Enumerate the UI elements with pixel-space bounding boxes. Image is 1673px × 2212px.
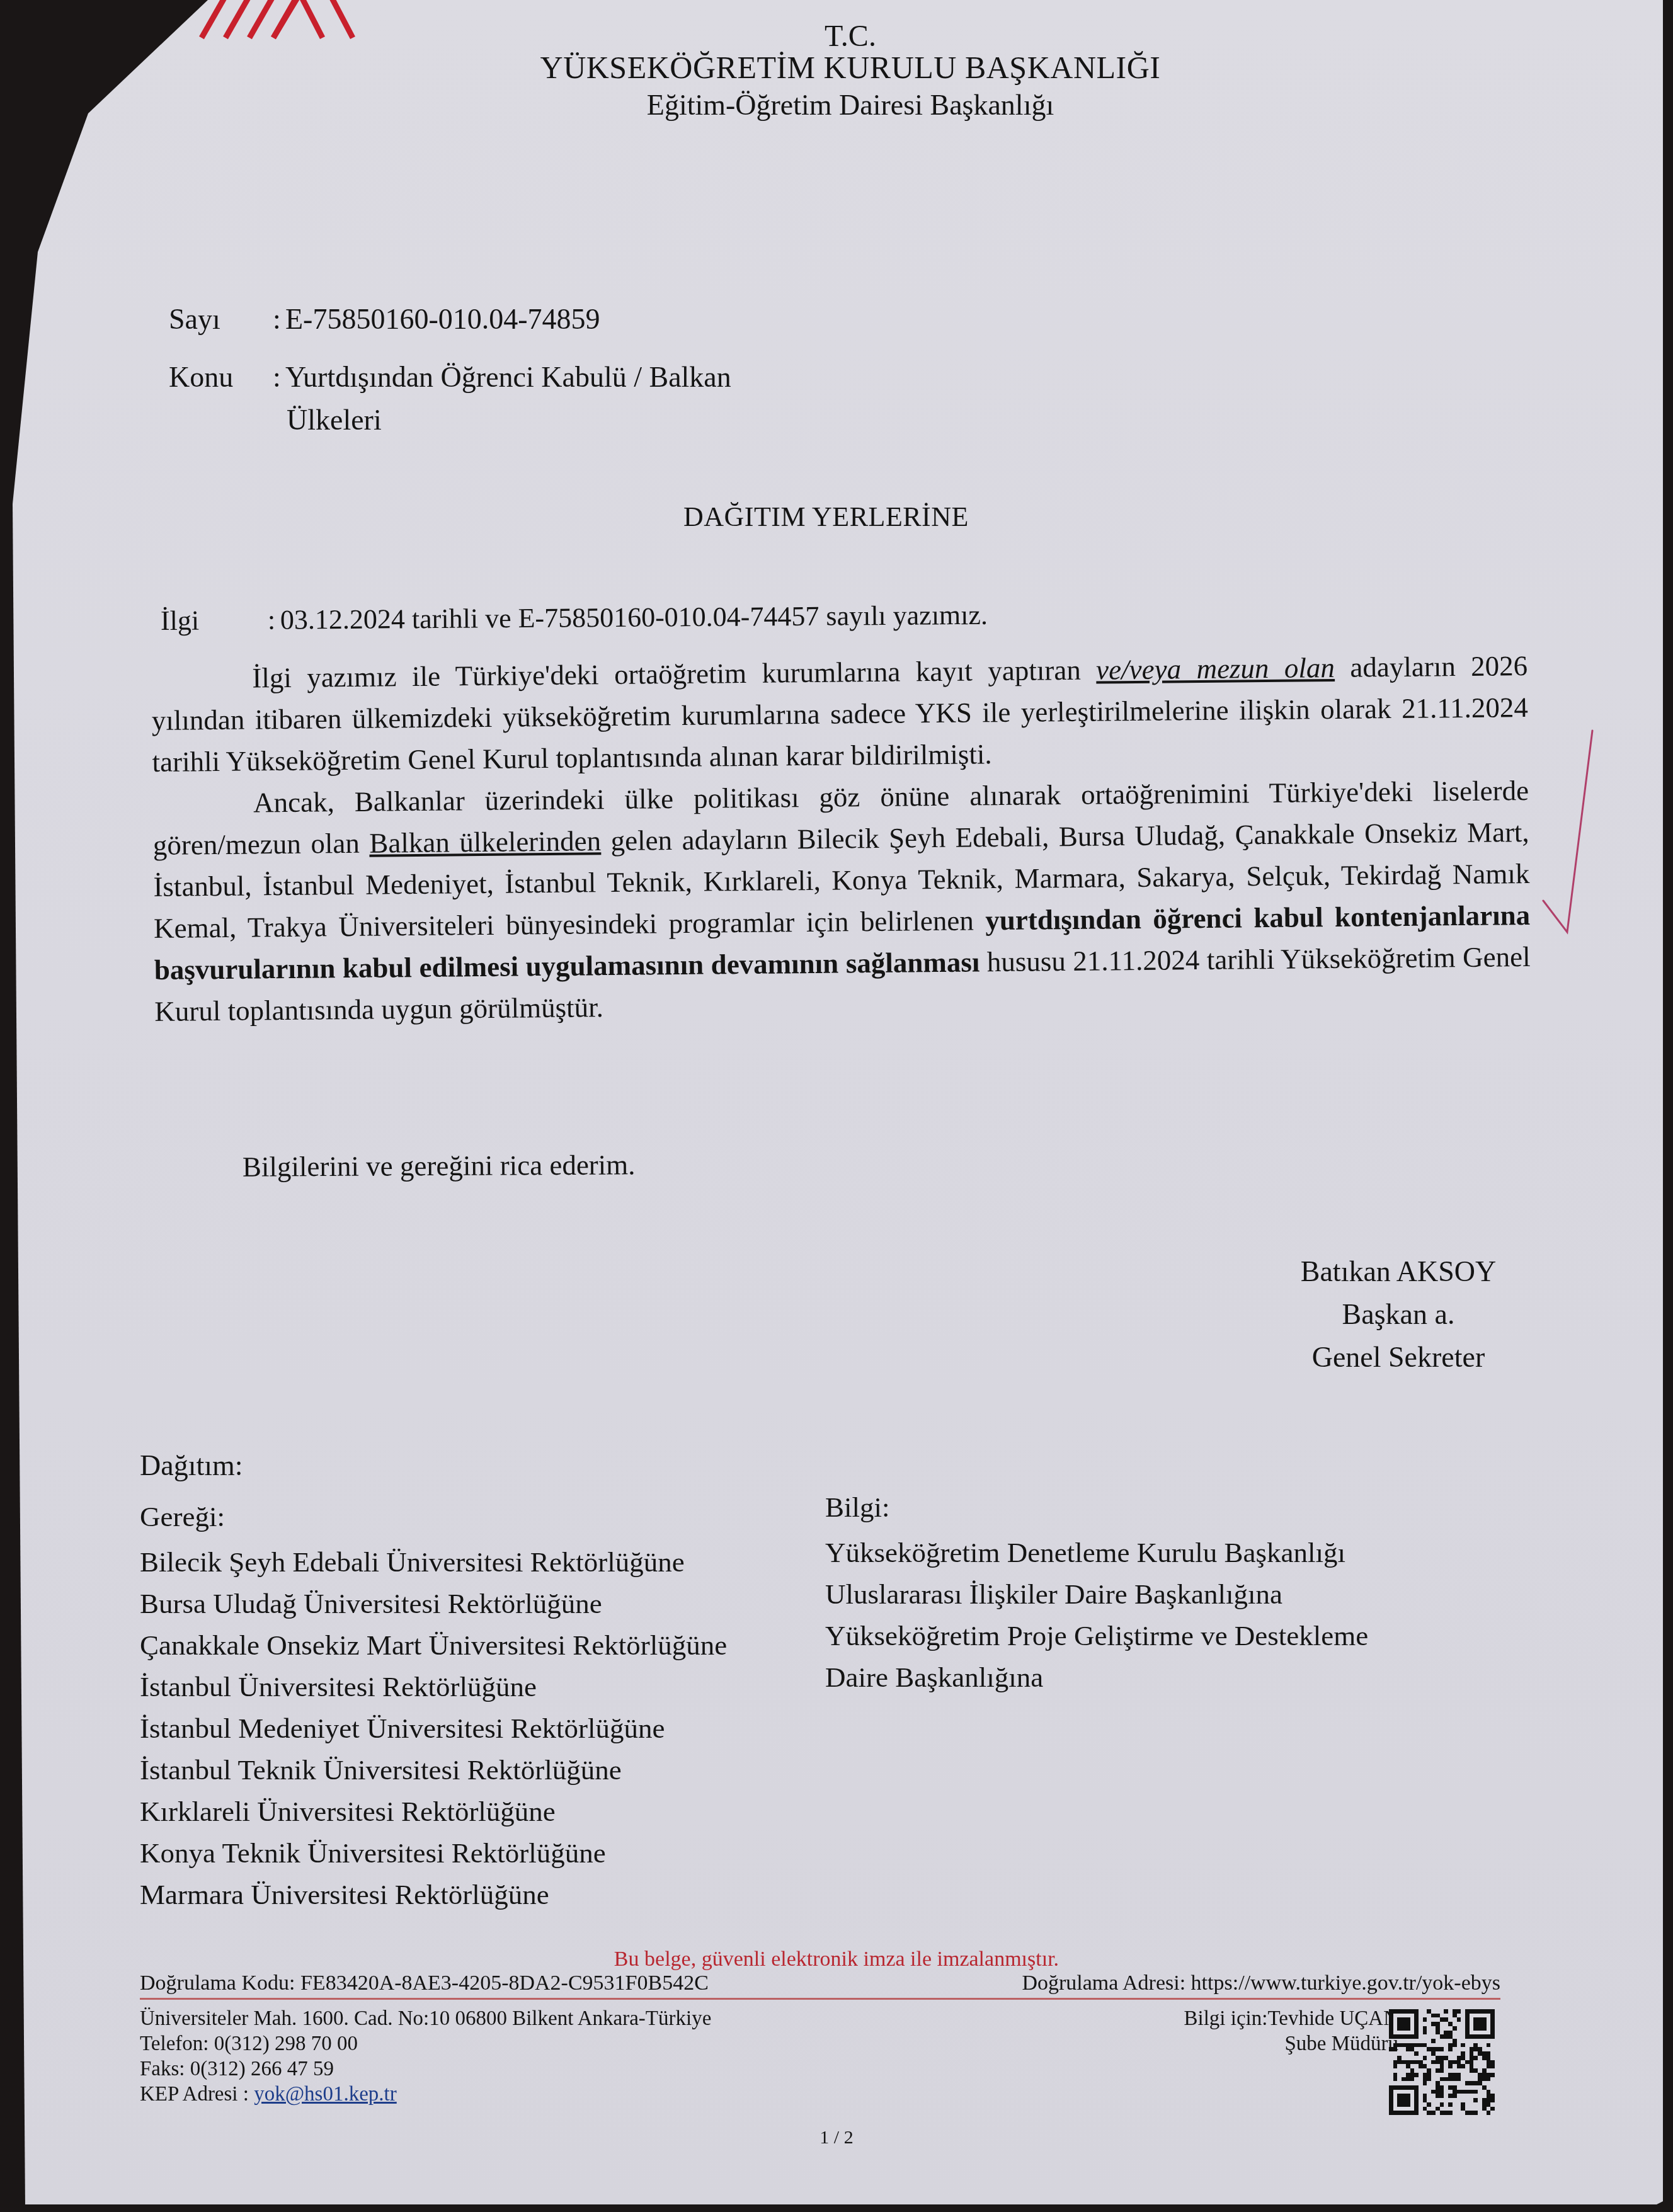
header-organization: YÜKSEKÖĞRETİM KURULU BAŞKANLIĞI bbox=[441, 49, 1260, 86]
paragraph-1-text-a: İlgi yazımız ile Türkiye'deki ortaöğreti… bbox=[252, 654, 1096, 694]
verification-row: Doğrulama Kodu: FE83420A-8AE3-4205-8DA2-… bbox=[140, 1971, 1500, 1995]
verification-code: Doğrulama Kodu: FE83420A-8AE3-4205-8DA2-… bbox=[140, 1971, 709, 1995]
bilgi-recipient: Yükseköğretim Denetleme Kurulu Başkanlığ… bbox=[825, 1532, 1368, 1573]
geregi-recipient: Konya Teknik Üniversitesi Rektörlüğüne bbox=[140, 1832, 727, 1874]
geregi-recipient: Bursa Uludağ Üniversitesi Rektörlüğüne bbox=[140, 1583, 727, 1624]
letter-body: İlgi yazımız ile Türkiye'deki ortaöğreti… bbox=[151, 645, 1531, 1032]
konu-row: Konu:Yurtdışından Öğrenci Kabulü / Balka… bbox=[169, 360, 731, 394]
sayi-value: E-75850160-010.04-74859 bbox=[285, 302, 600, 336]
handwritten-checkmark-icon bbox=[1537, 724, 1600, 938]
document-page: T.C. YÜKSEKÖĞRETİM KURULU BAŞKANLIĞI Eği… bbox=[0, 0, 1663, 2204]
geregi-recipient: Kırklareli Üniversitesi Rektörlüğüne bbox=[140, 1791, 727, 1832]
ilgi-value: 03.12.2024 tarihli ve E-75850160-010.04-… bbox=[280, 599, 988, 636]
underlined-phrase: Balkan ülkelerinden bbox=[369, 825, 601, 859]
fax: Faks: 0(312) 266 47 59 bbox=[140, 2056, 711, 2082]
signature-block: Batıkan AKSOY Başkan a. Genel Sekreter bbox=[1260, 1250, 1537, 1379]
signatory-title-2: Genel Sekreter bbox=[1260, 1336, 1537, 1379]
addressee: DAĞITIM YERLERİNE bbox=[683, 501, 969, 533]
distribution-bilgi: Bilgi: Yükseköğretim Denetleme Kurulu Ba… bbox=[825, 1486, 1368, 1698]
geregi-label: Gereği: bbox=[140, 1496, 727, 1537]
kep-link[interactable]: yok@hs01.kep.tr bbox=[254, 2083, 397, 2106]
page-number: 1 / 2 bbox=[0, 2127, 1673, 2148]
phone: Telefon: 0(312) 298 70 00 bbox=[140, 2031, 711, 2056]
geregi-recipient: İstanbul Teknik Üniversitesi Rektörlüğün… bbox=[140, 1749, 727, 1791]
bilgi-recipient: Yükseköğretim Proje Geliştirme ve Destek… bbox=[825, 1615, 1368, 1656]
geregi-recipient: İstanbul Üniversitesi Rektörlüğüne bbox=[140, 1666, 727, 1707]
bilgi-list: Yükseköğretim Denetleme Kurulu Başkanlığ… bbox=[825, 1532, 1368, 1698]
ilgi-label: İlgi bbox=[161, 604, 268, 637]
contact-title: Şube Müdürü bbox=[1184, 2031, 1399, 2056]
verification-address[interactable]: Doğrulama Adresi: https://www.turkiye.go… bbox=[1022, 1971, 1500, 1995]
contact-person: Bilgi için:Tevhide UÇAN bbox=[1184, 2006, 1399, 2031]
sayi-separator: : bbox=[273, 302, 285, 336]
handwritten-underline-phrase: ve/veya mezun olan bbox=[1096, 652, 1335, 686]
header-country: T.C. bbox=[441, 19, 1260, 54]
footer-divider bbox=[140, 1998, 1500, 2000]
bilgi-recipient: Uluslararası İlişkiler Daire Başkanlığın… bbox=[825, 1573, 1368, 1615]
geregi-list: Bilecik Şeyh Edebali Üniversitesi Rektör… bbox=[140, 1541, 727, 1915]
geregi-recipient: Marmara Üniversitesi Rektörlüğüne bbox=[140, 1874, 727, 1915]
bilgi-label: Bilgi: bbox=[825, 1486, 1368, 1528]
distribution-geregi: Gereği: Bilecik Şeyh Edebali Üniversites… bbox=[140, 1496, 727, 1915]
qr-code-icon bbox=[1389, 2009, 1495, 2115]
kep-address: KEP Adresi : yok@hs01.kep.tr bbox=[140, 2082, 711, 2107]
postal-address: Üniversiteler Mah. 1600. Cad. No:10 0680… bbox=[140, 2006, 711, 2031]
sayi-label: Sayı bbox=[169, 302, 273, 336]
paragraph-2: Ancak, Balkanlar üzerindeki ülke politik… bbox=[152, 770, 1531, 1032]
sayi-row: Sayı:E-75850160-010.04-74859 bbox=[169, 302, 600, 336]
paragraph-1: İlgi yazımız ile Türkiye'deki ortaöğreti… bbox=[151, 645, 1529, 783]
geregi-recipient: Bilecik Şeyh Edebali Üniversitesi Rektör… bbox=[140, 1541, 727, 1583]
signatory-title-1: Başkan a. bbox=[1260, 1293, 1537, 1336]
header-department: Eğitim-Öğretim Dairesi Başkanlığı bbox=[441, 88, 1260, 122]
konu-value: Yurtdışından Öğrenci Kabulü / Balkan bbox=[285, 360, 731, 394]
yok-logo-icon bbox=[189, 0, 454, 44]
geregi-recipient: İstanbul Medeniyet Üniversitesi Rektörlü… bbox=[140, 1707, 727, 1749]
distribution-title: Dağıtım: bbox=[140, 1449, 243, 1482]
konu-label: Konu bbox=[169, 360, 273, 394]
signatory-name: Batıkan AKSOY bbox=[1260, 1250, 1537, 1293]
geregi-recipient: Çanakkale Onsekiz Mart Üniversitesi Rekt… bbox=[140, 1624, 727, 1666]
ilgi-separator: : bbox=[268, 604, 280, 636]
konu-value-continued: Ülkeleri bbox=[287, 403, 382, 436]
esignature-notice: Bu belge, güvenli elektronik imza ile im… bbox=[0, 1947, 1673, 1971]
bilgi-recipient: Daire Başkanlığına bbox=[825, 1656, 1368, 1698]
closing-line: Bilgilerini ve gereğini rica ederim. bbox=[243, 1148, 636, 1183]
address-block: Üniversiteler Mah. 1600. Cad. No:10 0680… bbox=[140, 2006, 711, 2107]
kep-label: KEP Adresi : bbox=[140, 2083, 254, 2106]
konu-separator: : bbox=[273, 360, 285, 394]
ilgi-row: İlgi:03.12.2024 tarihli ve E-75850160-01… bbox=[161, 599, 988, 637]
contact-block: Bilgi için:Tevhide UÇAN Şube Müdürü bbox=[1184, 2006, 1399, 2056]
